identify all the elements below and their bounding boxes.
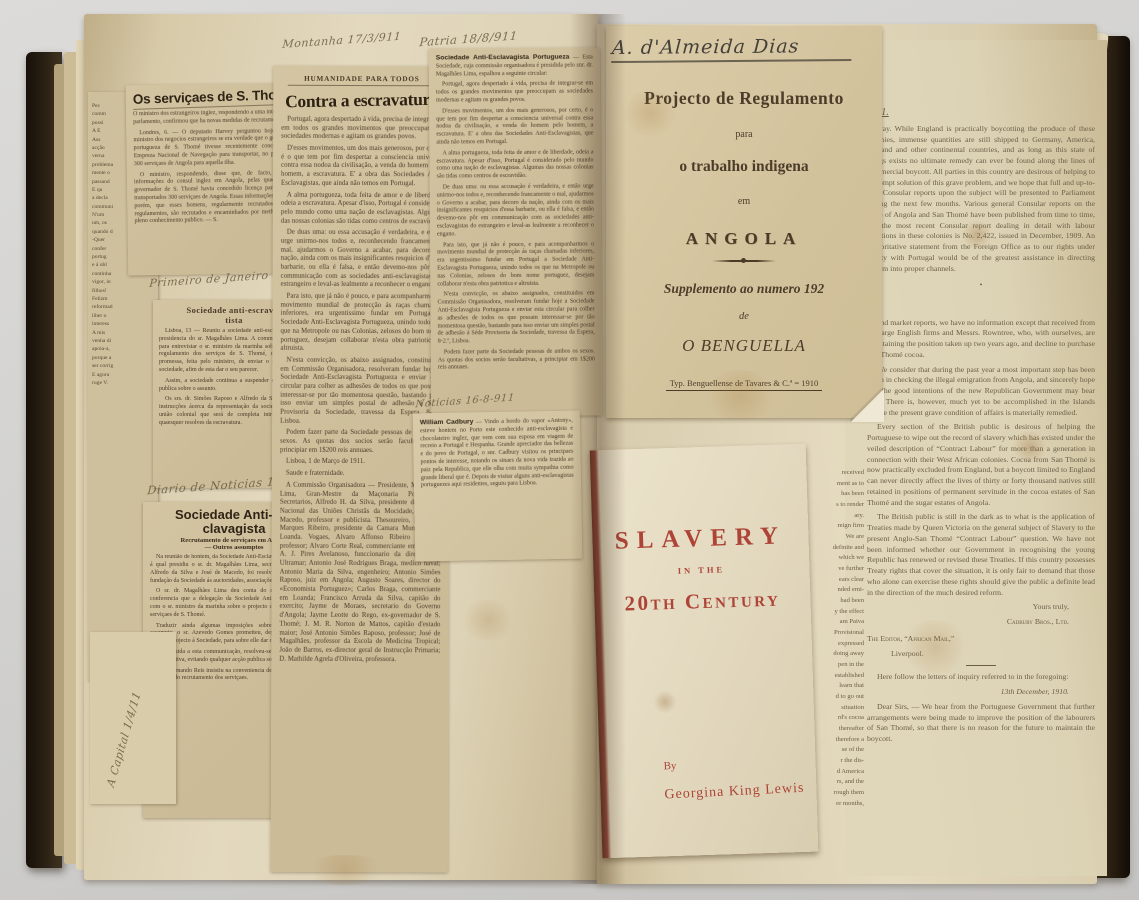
page-corner-fold: [850, 388, 884, 422]
stain: [300, 855, 390, 885]
clipping-paragraph: D'esses movimentos, um dos mais generoso…: [281, 145, 442, 189]
book-gutter-shadow: [570, 14, 626, 884]
stain: [700, 370, 780, 420]
stain: [1010, 430, 1050, 464]
clipping-paragraph: Para isto, que já não é pouco, e para ac…: [280, 293, 441, 354]
clipping-william-cadbury: William Cadbury — Vindo a bordo do vapor…: [413, 411, 583, 562]
pamphlet-subtitle: o trabalho indigena: [606, 158, 882, 176]
letter-paragraph: Here follow the letters of inquiry refer…: [867, 672, 1095, 683]
stain: [960, 220, 994, 250]
letter-year: 1911.: [867, 106, 1095, 120]
letter-paragraph: We consider that during the past year a …: [867, 365, 1095, 419]
clipping-headline: Contra a escravatura: [281, 89, 442, 113]
handwritten-source-note: A Capital 1/4/11: [104, 640, 157, 789]
clipping-body: — Vindo a bordo do vapor «Antony», estev…: [420, 418, 574, 489]
stain: [620, 90, 680, 136]
clipping-kicker: HUMANIDADE PARA TODOS: [287, 74, 436, 87]
handwritten-owner-name: A. d'Almeida Dias: [611, 35, 853, 63]
letter-divider-squiggle: ~~: [867, 293, 1095, 310]
letter-date: 13th December, 1910.: [867, 687, 1095, 698]
pamphlet-projecto-regulamento: Projecto de Regulamento para o trabalho …: [606, 26, 882, 418]
pamphlet-benguella: O BENGUELLA: [606, 336, 882, 356]
stain: [460, 600, 516, 640]
clipping-lead-bold: Sociedade Anti-Esclavagista Portugueza: [436, 54, 570, 62]
letter-divider-dot: •: [867, 280, 1095, 291]
stain: [900, 620, 970, 674]
letter-paragraph: The British public is still in the dark …: [867, 512, 1095, 598]
pamphlet-ornament-divider: [712, 257, 776, 265]
clipping-paragraph: Portugal, agora despertado á vida, preci…: [281, 116, 442, 143]
clipping-paragraph: A alma portugueza, toda feita de amor e …: [281, 191, 442, 226]
booklet-by-label: By: [663, 760, 676, 772]
letter-paragraph: and market reports, we have no informati…: [867, 318, 1095, 361]
booklet-title-line2: 20th Century: [594, 586, 811, 618]
printed-letter-page: 1911. way. While England is practically …: [845, 40, 1107, 876]
clipping-lead-bold: William Cadbury: [420, 418, 474, 426]
letter-closing: Yours truly,: [867, 602, 1095, 613]
letter-paragraph: way. While England is practically boycot…: [867, 124, 1095, 275]
handwritten-slip: A Capital 1/4/11: [90, 632, 176, 804]
pamphlet-angola: ANGOLA: [606, 229, 882, 249]
pamphlet-word-em: em: [606, 196, 882, 207]
pamphlet-supplement: Supplemento ao numero 192: [606, 281, 882, 297]
clipping-paragraph: De duas uma: ou essa accusação é verdade…: [281, 229, 442, 290]
letter-signature: Cadbury Bros., Ltd.: [867, 617, 1095, 628]
scrapbook-photo: Pec comm possi A E Ass acção verna probl…: [0, 0, 1139, 900]
letter-paragraph: Dear Sirs, — We hear from the Portuguese…: [867, 702, 1095, 745]
letter-rule: [966, 665, 996, 666]
booklet-author: Georgina King Lewis: [664, 781, 805, 804]
stain: [652, 690, 678, 714]
letter-paragraph: Every section of the British public is d…: [867, 422, 1095, 508]
pamphlet-word-de: de: [606, 311, 882, 322]
